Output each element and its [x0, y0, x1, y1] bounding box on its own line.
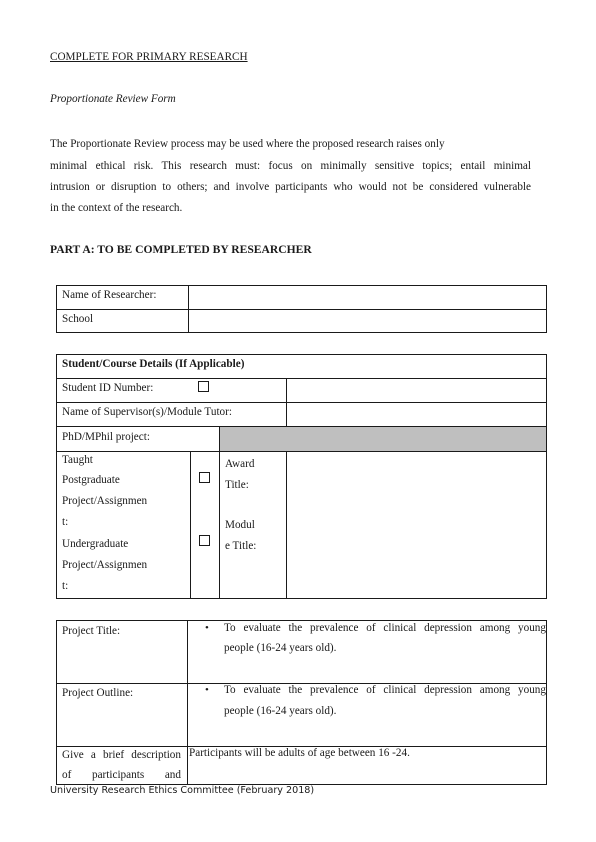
project-outline-label: Project Outline:: [62, 687, 133, 699]
column-divider: [219, 426, 220, 451]
school-field[interactable]: [189, 310, 546, 332]
part-a-heading: PART A: TO BE COMPLETED BY RESEARCHER: [50, 243, 312, 256]
researcher-name-label: Name of Researcher:: [62, 289, 156, 301]
taught-label-line: t:: [62, 516, 68, 528]
student-id-field[interactable]: [287, 379, 546, 402]
award-title-label-line: Title:: [225, 479, 249, 491]
student-id-label: Student ID Number:: [62, 382, 153, 394]
column-divider: [190, 451, 191, 599]
phd-shaded-cell: [220, 427, 546, 451]
taught-label-line: Project/Assignmen: [62, 495, 147, 507]
bullet-icon: •: [205, 622, 209, 634]
form-subtitle: Proportionate Review Form: [50, 93, 176, 105]
form-heading: COMPLETE FOR PRIMARY RESEARCH: [50, 51, 248, 63]
intro-paragraph-line-1: The Proportionate Review process may be …: [50, 138, 531, 150]
supervisor-label: Name of Supervisor(s)/Module Tutor:: [62, 406, 232, 418]
award-title-label-line: Award: [225, 458, 254, 470]
taught-postgraduate-checkbox[interactable]: [199, 472, 210, 483]
intro-paragraph-line-3: intrusion or disruption to others; and i…: [50, 181, 531, 193]
school-label: School: [62, 313, 93, 325]
module-title-label-line: e Title:: [225, 540, 256, 552]
phd-project-label: PhD/MPhil project:: [62, 431, 150, 443]
undergraduate-checkbox[interactable]: [199, 535, 210, 546]
supervisor-field[interactable]: [287, 403, 546, 426]
bullet-icon: •: [205, 684, 209, 696]
project-outline-value-line[interactable]: people (16-24 years old).: [224, 705, 336, 717]
participants-label-line: Give a brief description: [62, 749, 181, 761]
project-title-label: Project Title:: [62, 625, 120, 637]
intro-paragraph-line-2: minimal ethical risk. This research must…: [50, 160, 531, 172]
intro-paragraph-line-4: in the context of the research.: [50, 202, 531, 214]
title-field[interactable]: [287, 452, 546, 598]
module-title-label-line: Modul: [225, 519, 255, 531]
researcher-name-field[interactable]: [189, 286, 546, 309]
participants-description-value[interactable]: Participants will be adults of age betwe…: [189, 747, 410, 759]
participants-label-line: of participants and: [62, 769, 181, 781]
undergrad-label-line: Project/Assignmen: [62, 559, 147, 571]
project-outline-value-line[interactable]: To evaluate the prevalence of clinical d…: [224, 684, 546, 696]
column-divider: [187, 620, 188, 785]
student-table-header: Student/Course Details (If Applicable): [62, 358, 244, 370]
column-divider: [219, 451, 220, 599]
project-title-value-line[interactable]: people (16-24 years old).: [224, 642, 336, 654]
page-footer: University Research Ethics Committee (Fe…: [50, 785, 314, 796]
undergrad-label-line: Undergraduate: [62, 538, 128, 550]
undergrad-label-line: t:: [62, 580, 68, 592]
student-id-checkbox[interactable]: [198, 381, 209, 392]
taught-label-line: Postgraduate: [62, 474, 120, 486]
project-title-value-line[interactable]: To evaluate the prevalence of clinical d…: [224, 622, 546, 634]
taught-label-line: Taught: [62, 454, 93, 466]
